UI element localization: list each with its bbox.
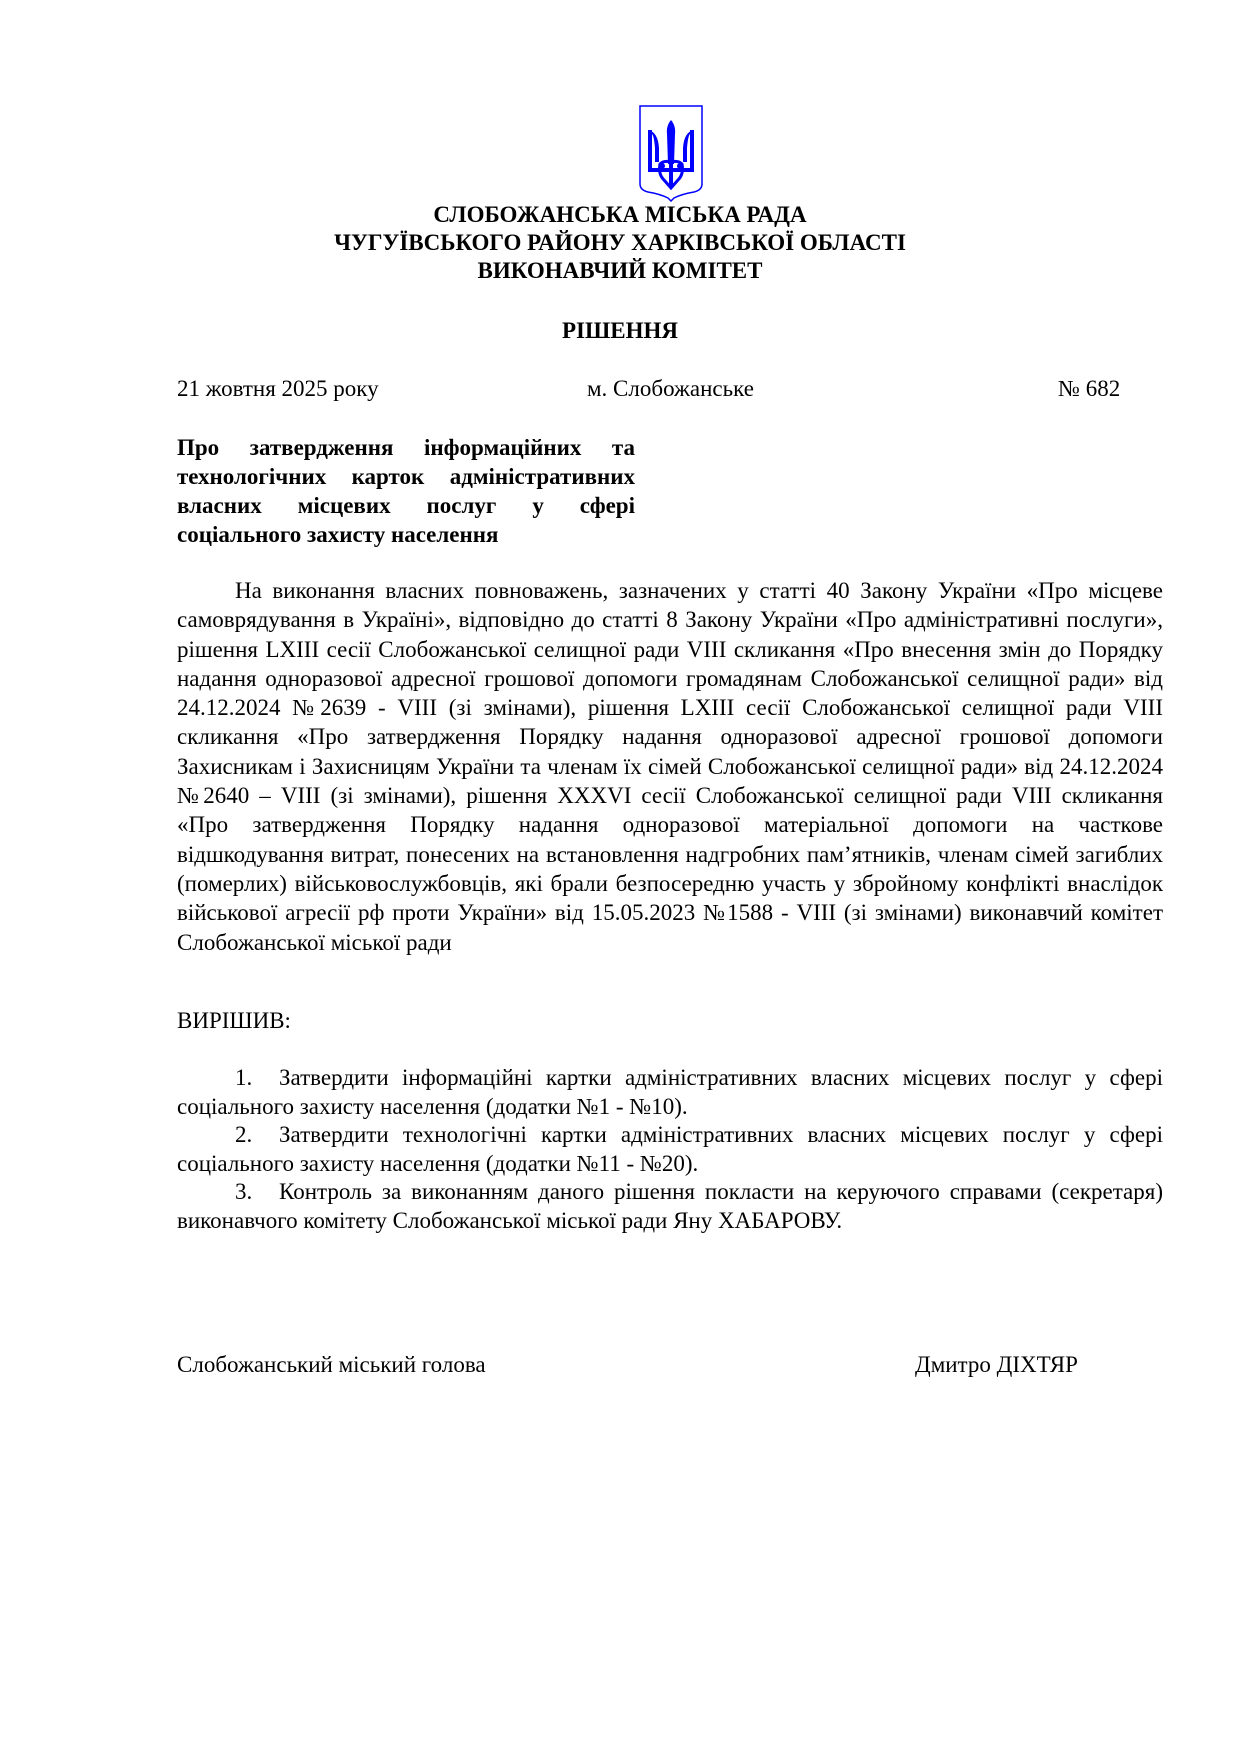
document-date: 21 жовтня 2025 року — [177, 375, 379, 403]
item-number: 1. — [235, 1064, 279, 1093]
resolved-label: ВИРІШИВ: — [177, 1007, 291, 1035]
decision-item: 3.Контроль за виконанням даного рішення … — [177, 1178, 1163, 1235]
document-page: СЛОБОЖАНСЬКА МІСЬКА РАДА ЧУГУЇВСЬКОГО РА… — [0, 0, 1240, 1754]
item-text: Затвердити інформаційні картки адміністр… — [177, 1065, 1163, 1119]
document-subject: Про затвердження інформаційних та технол… — [177, 433, 635, 549]
item-text: Затвердити технологічні картки адміністр… — [177, 1122, 1163, 1176]
item-number: 3. — [235, 1178, 279, 1207]
item-number: 2. — [235, 1121, 279, 1150]
decision-item: 1.Затвердити інформаційні картки адмініс… — [177, 1064, 1163, 1121]
issuer-header: СЛОБОЖАНСЬКА МІСЬКА РАДА ЧУГУЇВСЬКОГО РА… — [0, 201, 1240, 285]
document-place: м. Слобожанське — [587, 375, 754, 403]
coat-of-arms-icon — [638, 104, 704, 202]
issuer-district: ЧУГУЇВСЬКОГО РАЙОНУ ХАРКІВСЬКОЇ ОБЛАСТІ — [0, 229, 1240, 257]
decision-items: 1.Затвердити інформаційні картки адмініс… — [177, 1064, 1163, 1236]
item-text: Контроль за виконанням даного рішення по… — [177, 1179, 1163, 1233]
issuer-committee: ВИКОНАВЧИЙ КОМІТЕТ — [0, 257, 1240, 285]
issuer-council: СЛОБОЖАНСЬКА МІСЬКА РАДА — [0, 201, 1240, 229]
decision-item: 2.Затвердити технологічні картки адмініс… — [177, 1121, 1163, 1178]
signatory-name: Дмитро ДІХТЯР — [915, 1351, 1078, 1379]
preamble-paragraph: На виконання власних повноважень, зазнач… — [177, 576, 1163, 957]
document-number: № 682 — [1058, 375, 1120, 403]
signatory-title: Слобожанський міський голова — [177, 1351, 486, 1379]
document-title: РІШЕННЯ — [0, 317, 1240, 345]
